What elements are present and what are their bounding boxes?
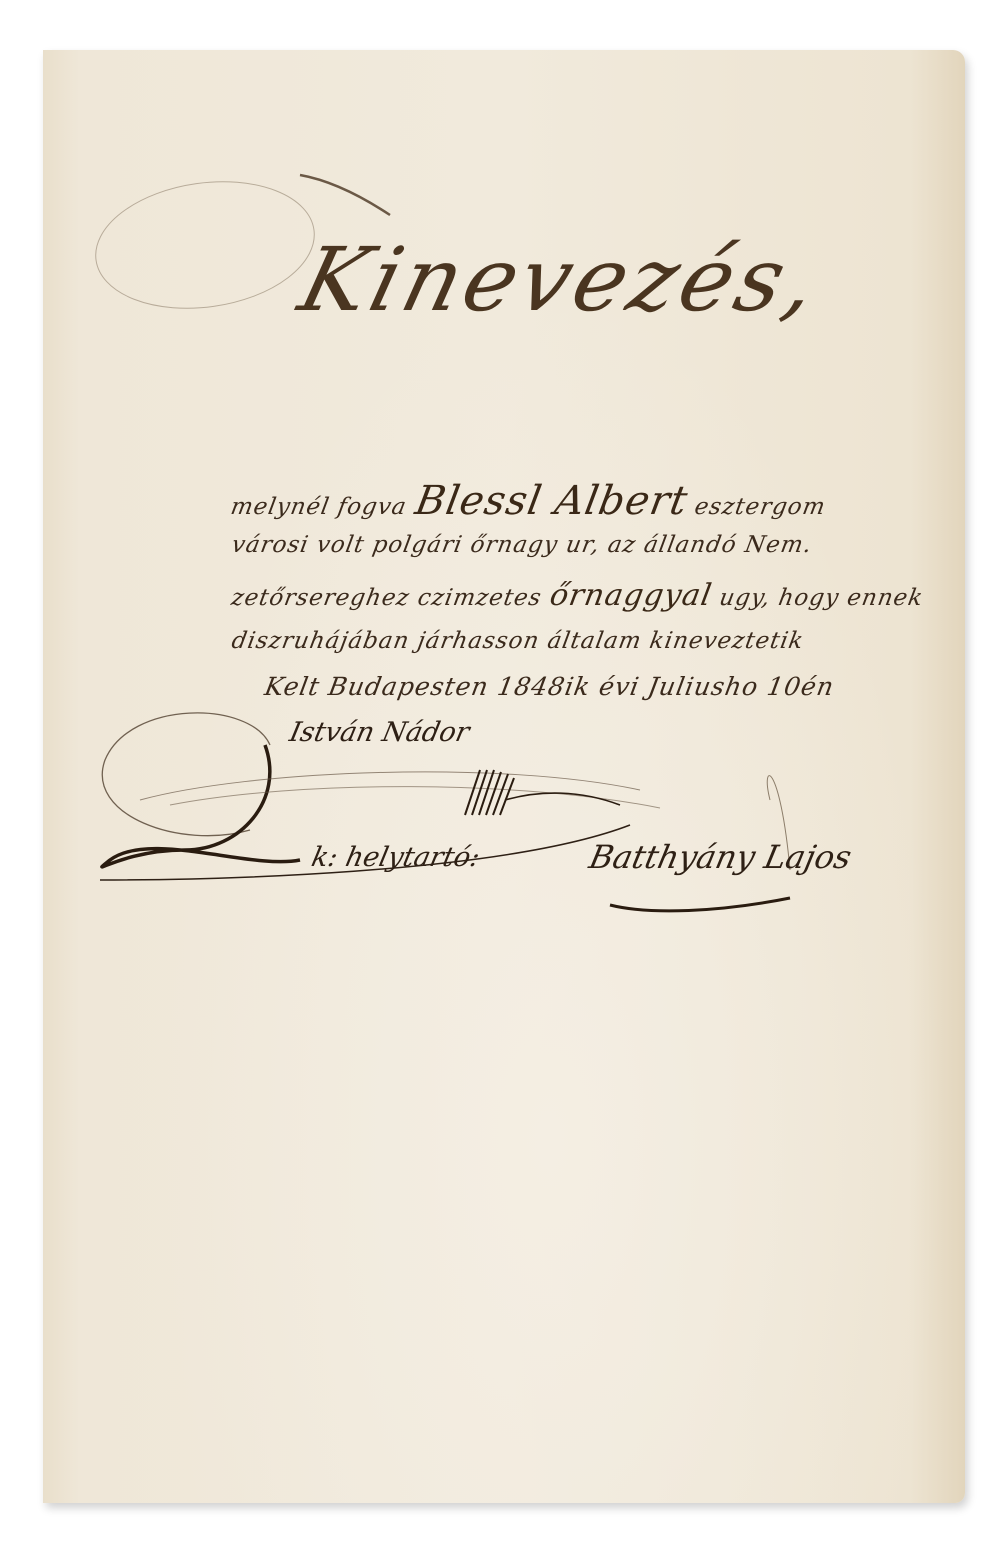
body-text: melynél fogva xyxy=(229,494,418,520)
body-line-3: zetőrsereghez czimzetes őrnaggyal ugy, h… xyxy=(229,578,927,613)
body-text: esztergom xyxy=(684,494,828,520)
body-text: ugy, hogy ennek xyxy=(709,585,925,611)
signature-palatine: István Nádor xyxy=(287,717,472,748)
dateline: Kelt Budapesten 1848ik évi Juliusho 10én xyxy=(262,672,836,701)
body-text: zetőrsereghez czimzetes xyxy=(229,585,552,611)
appointee-name: Blessl Albert xyxy=(412,478,692,524)
signature-countersign: Batthyány Lajos xyxy=(586,838,855,876)
body-line-4: diszruhájában járhasson általam kinevezt… xyxy=(230,628,806,654)
body-line-1: melynél fogva Blessl Albert esztergom xyxy=(228,478,831,524)
body-text: diszruhájában járhasson általam kinevezt… xyxy=(230,628,806,654)
document-title: Kinevezés, xyxy=(290,228,832,331)
rank-text: őrnaggyal xyxy=(547,578,715,613)
body-text: városi volt polgári őrnagy ur, az álland… xyxy=(230,532,815,558)
body-line-2: városi volt polgári őrnagy ur, az álland… xyxy=(230,532,815,558)
signature-title-label: k: helytartó: xyxy=(309,842,483,873)
